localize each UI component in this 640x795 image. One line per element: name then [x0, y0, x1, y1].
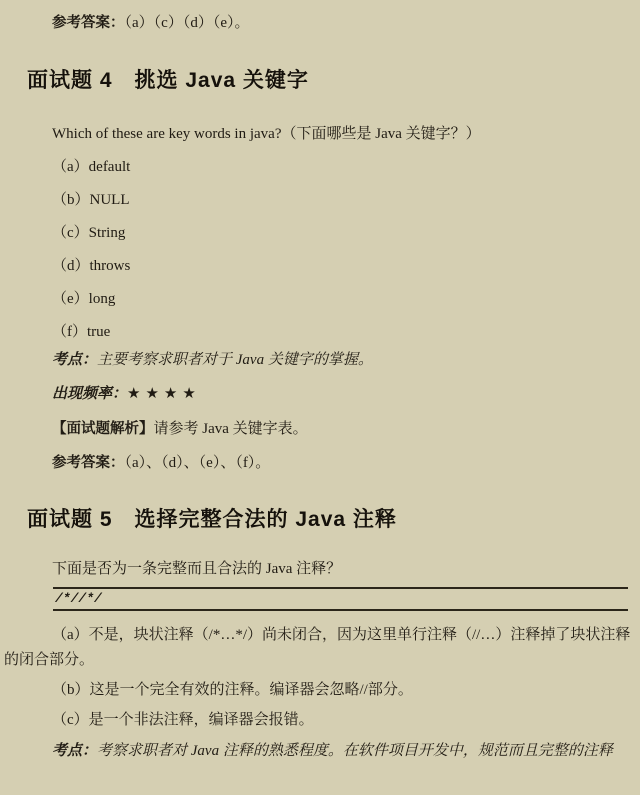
document-page: 参考答案：（a）（c）（d）（e）。 面试题 4 挑选 Java 关键字 Whi…: [0, 0, 640, 795]
question4-option-a: （a）default: [4, 158, 634, 176]
question4-frequency-line: 出现频率：★★★★: [4, 384, 634, 403]
question4-option-c: （c）String: [4, 224, 634, 242]
question4-question-text: Which of these are key words in java?（下面…: [4, 125, 634, 143]
answer-value: （a）（c）（d）（e）。: [125, 15, 250, 31]
frequency-stars-icon: ★★★★: [127, 384, 201, 402]
answer-label: 参考答案：: [52, 455, 125, 471]
question5-question-text: 下面是否为一条完整而且合法的 Java 注释？: [4, 560, 634, 578]
prev-question-answer-line: 参考答案：（a）（c）（d）（e）。: [4, 14, 634, 32]
answer-value: （a）、（d）、（e）、（f）。: [125, 455, 271, 471]
frequency-label: 出现频率：: [52, 386, 127, 402]
question5-explanation-b: （b）这是一个完全有效的注释。编译器会忽略//部分。: [4, 681, 634, 699]
question5-kaodian-line: 考点：考察求职者对 Java 注释的熟悉程度。在软件项目开发中，规范而且完整的注…: [4, 742, 634, 760]
code-block: /*//*/: [53, 587, 628, 611]
kaodian-label: 考点：: [52, 352, 97, 368]
question5-explanation-a: （a）不是，块状注释（/*…*/）尚未闭合，因为这里单行注释（//…）注释掉了块…: [4, 623, 634, 673]
question4-option-d: （d）throws: [4, 257, 634, 275]
kaodian-text: 主要考察求职者对于 Java 关键字的掌握。: [97, 352, 373, 368]
kaodian-text: 考察求职者对 Java 注释的熟悉程度。在软件项目开发中，规范而且完整的注释: [97, 743, 613, 759]
question5-heading: 面试题 5 选择完整合法的 Java 注释: [27, 505, 634, 535]
analysis-label: 【面试题解析】: [52, 421, 154, 437]
question4-option-e: （e）long: [4, 290, 634, 308]
analysis-text: 请参考 Java 关键字表。: [154, 421, 308, 437]
question4-kaodian-line: 考点：主要考察求职者对于 Java 关键字的掌握。: [4, 351, 634, 369]
question4-option-b: （b）NULL: [4, 191, 634, 209]
question4-heading: 面试题 4 挑选 Java 关键字: [27, 66, 634, 96]
question4-answer-line: 参考答案：（a）、（d）、（e）、（f）。: [4, 454, 634, 472]
code-line: /*//*/: [55, 591, 628, 607]
kaodian-label: 考点：: [52, 743, 97, 759]
question5-explanation-c: （c）是一个非法注释，编译器会报错。: [4, 711, 634, 729]
answer-label: 参考答案：: [52, 15, 125, 31]
question4-analysis-line: 【面试题解析】请参考 Java 关键字表。: [4, 420, 634, 438]
question4-option-f: （f）true: [4, 323, 634, 341]
